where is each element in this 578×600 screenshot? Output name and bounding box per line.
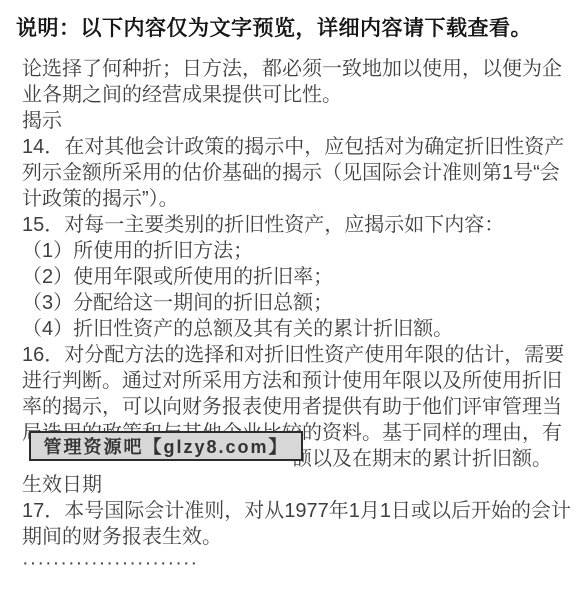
text-line: 业各期之间的经营成果提供可比性。 [22,82,572,108]
text-line: 15．对每一主要类别的折旧性资产，应揭示如下内容： [22,212,572,238]
ellipsis-line: ······················· [22,550,572,576]
section-heading: 生效日期 [22,472,572,498]
text-line: 期间的财务报表生效。 [22,524,572,550]
watermark-banner: 管理资源吧【glzy8.com】 [29,431,303,461]
section-heading: 揭示 [22,108,572,134]
text-line: 计政策的揭示”）。 [22,186,572,212]
list-item-line: （2）使用年限或所使用的折旧率； [22,264,572,290]
preview-notice: 说明：以下内容仅为文字预览，详细内容请下载查看。 [16,12,532,42]
text-line: 率的揭示，可以向财务报表使用者提供有助于他们评审管理当 [22,394,572,420]
document-body: 论选择了何种折；日方法，都必须一致地加以使用，以便为企 业各期之间的经营成果提供… [22,56,572,576]
document-preview-page: 说明：以下内容仅为文字预览，详细内容请下载查看。 论选择了何种折；日方法，都必须… [0,0,578,600]
text-line: 列示金额所采用的估价基础的揭示（见国际会计准则第1号“会 [22,160,572,186]
list-item-line: （3）分配给这一期间的折旧总额； [22,290,572,316]
list-item-line: （4）折旧性资产的总额及其有关的累计折旧额。 [22,316,572,342]
text-line: 16．对分配方法的选择和对折旧性资产使用年限的估计，需要 [22,342,572,368]
text-line: 14．在对其他会计政策的揭示中，应包括对为确定折旧性资产 [22,134,572,160]
text-line: 论选择了何种折；日方法，都必须一致地加以使用，以便为企 [22,56,572,82]
text-line: 进行判断。通过对所采用方法和预计使用年限以及所使用折旧 [22,368,572,394]
list-item-line: （1）所使用的折旧方法； [22,238,572,264]
watermark-text: 管理资源吧【glzy8.com】 [43,433,288,459]
text-line: 17．本号国际会计准则，对从1977年1月1日或以后开始的会计 [22,498,572,524]
